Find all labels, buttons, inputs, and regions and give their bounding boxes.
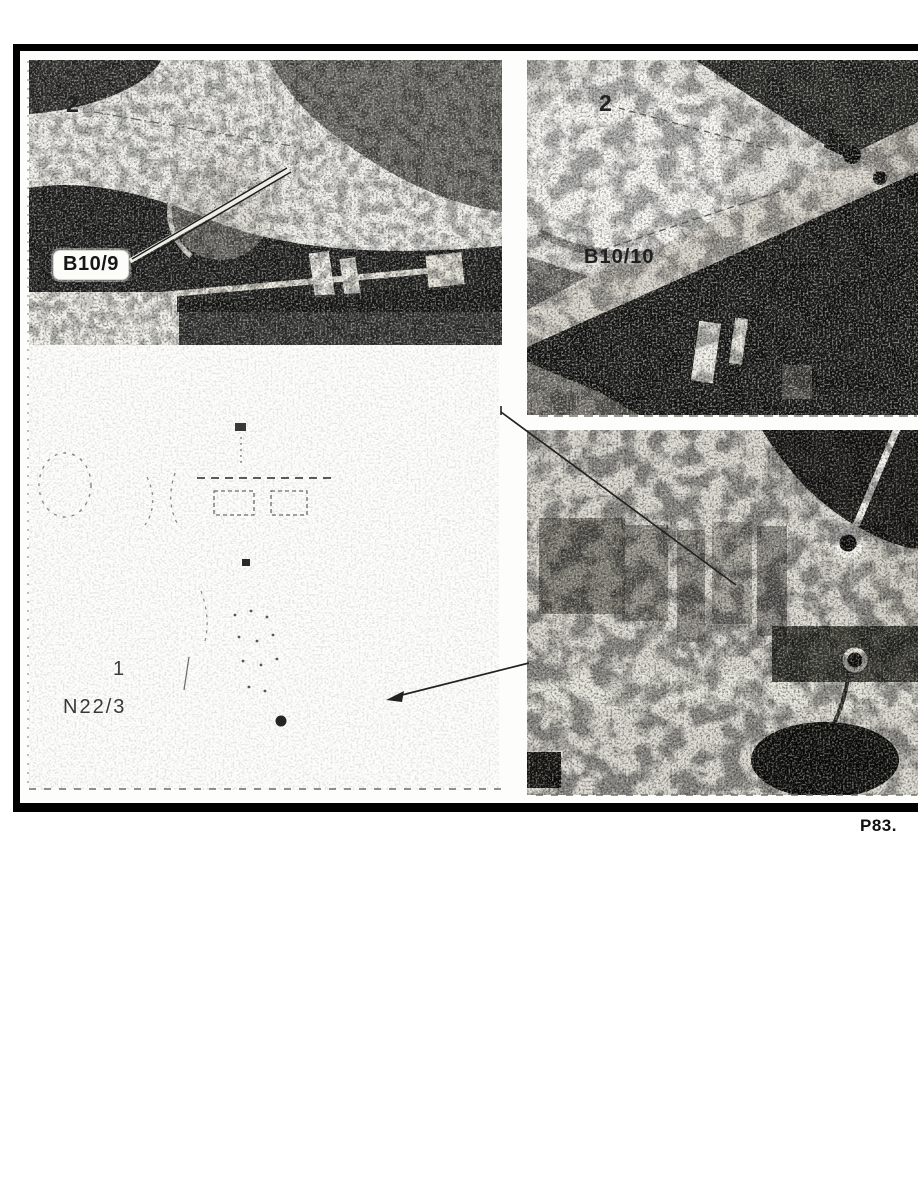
callout-number-2: 2	[66, 91, 79, 118]
bottom-left-diagram: 1 N22/3	[29, 345, 499, 790]
callout-number-1: 1	[113, 658, 124, 681]
component-label-b10-9: B10/9	[54, 251, 128, 279]
scanned-manual-page: 2 B10/9	[0, 0, 918, 1188]
diagram-art	[29, 345, 499, 790]
figure-caption: P83.	[860, 816, 897, 836]
figure-content: 2 B10/9	[20, 51, 918, 803]
bottom-right-photo	[527, 430, 918, 795]
figure-frame: 2 B10/9	[13, 44, 918, 812]
top-right-photo: 2 B10/10	[527, 60, 918, 415]
component-label-n22-3: N22/3	[63, 696, 126, 719]
photo-art-top-left	[29, 60, 502, 345]
top-left-photo: 2 B10/9	[29, 60, 502, 345]
photo-art-bottom-right	[527, 430, 918, 795]
component-label-b10-10: B10/10	[584, 246, 655, 269]
callout-number-2: 2	[599, 90, 612, 117]
photo-art-top-right	[527, 60, 918, 415]
